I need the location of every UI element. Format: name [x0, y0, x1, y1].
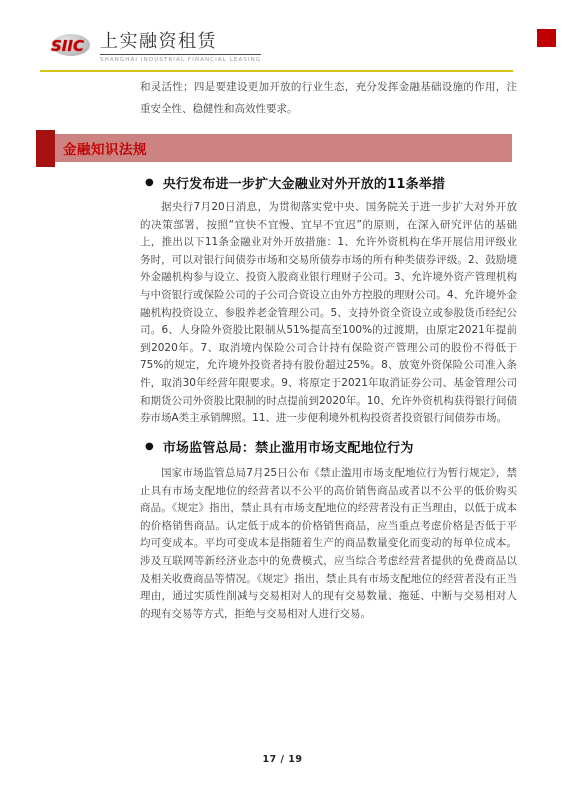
siic-logo-icon: SIIC — [50, 32, 94, 59]
company-logo: SIIC 上实融资租赁 SHANGHAI INDUSTRIAL FINANCIA… — [50, 32, 261, 63]
company-name-cn: 上实融资租赁 — [100, 32, 261, 55]
logo-text-block: 上实融资租赁 SHANGHAI INDUSTRIAL FINANCIAL LEA… — [100, 32, 261, 63]
logo-siic-text: SIIC — [51, 37, 95, 55]
document-page: SIIC 上实融资租赁 SHANGHAI INDUSTRIAL FINANCIA… — [0, 0, 565, 800]
page-number: 17 / 19 — [262, 754, 302, 765]
page-footer: 17 / 19 — [0, 747, 565, 766]
article-1-heading: ● 央行发布进一步扩大金融业对外开放的11条举措 — [145, 173, 517, 192]
company-name-en: SHANGHAI INDUSTRIAL FINANCIAL LEASING — [100, 57, 261, 64]
bullet-icon: ● — [145, 442, 154, 452]
article-2-body: 国家市场监管总局7月25日公布《禁止滥用市场支配地位行为暂行规定》，禁止具有市场… — [140, 465, 517, 627]
article-1-body: 据央行7月20日消息，为贯彻落实党中央、国务院关于进一步扩大对外开放的决策部署，… — [140, 199, 517, 431]
intro-paragraph: 和灵活性；四是要建设更加开放的行业生态，充分发挥金融基础设施的作用，注重安全性、… — [140, 76, 517, 120]
section-banner-title: 金融知识法规 — [63, 138, 147, 158]
header-divider-line — [40, 70, 513, 72]
article-1-title: 央行发布进一步扩大金融业对外开放的11条举措 — [163, 173, 446, 192]
article-2-heading: ● 市场监管总局：禁止滥用市场支配地位行为 — [145, 437, 517, 456]
section-banner-accent — [36, 130, 55, 167]
corner-red-square — [537, 29, 556, 47]
article-2-title: 市场监管总局：禁止滥用市场支配地位行为 — [163, 437, 414, 456]
bullet-icon: ● — [145, 178, 154, 188]
